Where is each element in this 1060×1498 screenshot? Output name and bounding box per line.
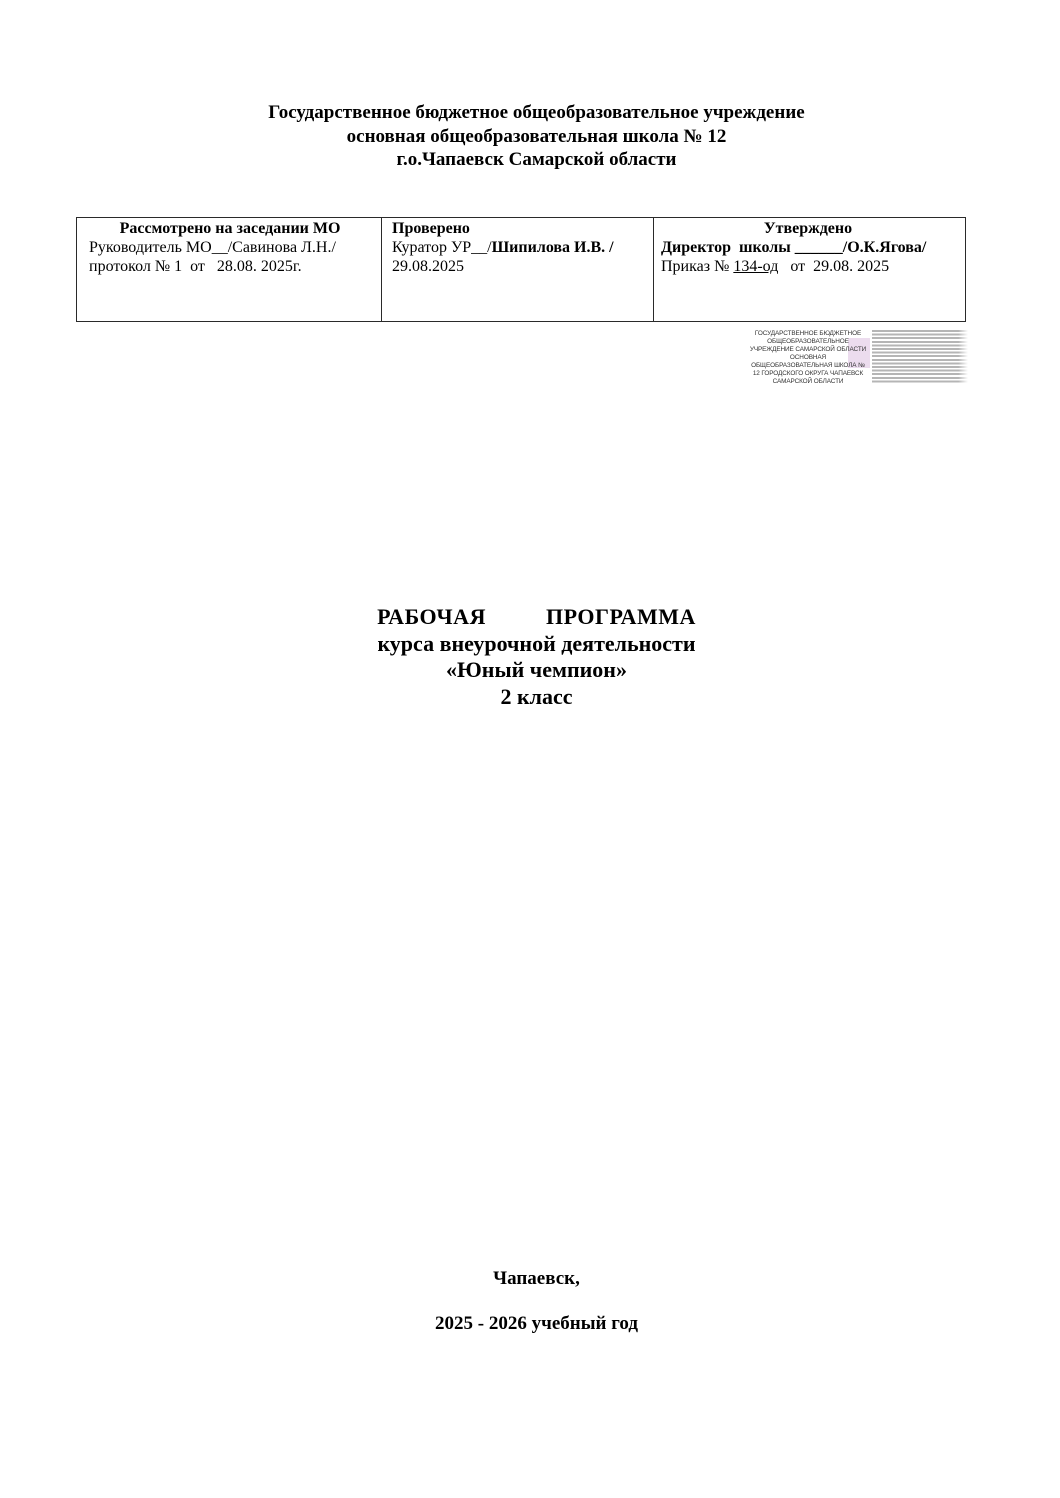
approved-order-number: 134-од <box>733 258 778 275</box>
signature-org-line: ОСНОВНАЯ <box>748 354 868 362</box>
footer-city: Чапаевск, <box>0 1268 1060 1290</box>
checked-cell: Проверено Куратор УР__/Шипилова И.В. / 2… <box>382 218 654 322</box>
checked-date: 29.08.2025 <box>392 257 643 276</box>
header-line-city: г.о.Чапаевск Самарской области <box>0 148 1060 172</box>
signature-org-line: ГОСУДАРСТВЕННОЕ БЮДЖЕТНОЕ <box>748 330 868 338</box>
school-header: Государственное бюджетное общеобразовате… <box>0 101 1060 172</box>
signature-org-line: САМАРСКОЙ ОБЛАСТИ <box>748 378 868 386</box>
title-grade: 2 класс <box>0 684 1060 711</box>
considered-head: Руководитель МО__/Савинова Л.Н./ <box>89 238 371 257</box>
signature-org-line: 12 ГОРОДСКОГО ОКРУГА ЧАПАЕВСК <box>748 370 868 378</box>
checked-heading: Проверено <box>392 219 643 238</box>
considered-cell: Рассмотрено на заседании МО Руководитель… <box>77 218 382 322</box>
footer-academic-year: 2025 - 2026 учебный год <box>0 1313 1060 1335</box>
approved-order-prefix: Приказ № <box>661 258 733 275</box>
considered-protocol: протокол № 1 от 28.08. 2025г. <box>89 257 371 276</box>
digital-signature-stamp: ГОСУДАРСТВЕННОЕ БЮДЖЕТНОЕ ОБЩЕОБРАЗОВАТЕ… <box>748 330 968 386</box>
approval-table: Рассмотрено на заседании МО Руководитель… <box>76 217 966 322</box>
approved-heading: Утверждено <box>661 219 955 238</box>
signature-org-line: УЧРЕЖДЕНИЕ САМАРСКОЙ ОБЛАСТИ <box>748 346 868 354</box>
header-line-school: основная общеобразовательная школа № 12 <box>0 125 1060 149</box>
document-title: РАБОЧАЯ ПРОГРАММА курса внеурочной деяте… <box>0 604 1060 710</box>
title-course-type: курса внеурочной деятельности <box>0 631 1060 658</box>
signature-details-text <box>872 330 968 384</box>
signature-org-line: ОБЩЕОБРАЗОВАТЕЛЬНАЯ ШКОЛА № <box>748 362 868 370</box>
approved-cell: Утверждено Директор школы ______/О.К.Яго… <box>654 218 966 322</box>
title-course-name: «Юный чемпион» <box>0 657 1060 684</box>
header-line-institution: Государственное бюджетное общеобразовате… <box>0 101 1060 125</box>
title-program: РАБОЧАЯ ПРОГРАММА <box>0 604 1060 631</box>
checked-curator-prefix: Куратор УР__/ <box>392 239 492 256</box>
signature-org-line: ОБЩЕОБРАЗОВАТЕЛЬНОЕ <box>748 338 868 346</box>
approved-director: Директор школы ______/О.К.Ягова/ <box>661 238 955 257</box>
signature-organization: ГОСУДАРСТВЕННОЕ БЮДЖЕТНОЕ ОБЩЕОБРАЗОВАТЕ… <box>748 330 868 386</box>
checked-curator-name: Шипилова И.В. / <box>492 239 614 256</box>
considered-heading: Рассмотрено на заседании МО <box>89 219 371 238</box>
approved-order: Приказ № 134-од от 29.08. 2025 <box>661 257 955 276</box>
checked-curator: Куратор УР__/Шипилова И.В. / <box>392 238 643 257</box>
approved-order-date: от 29.08. 2025 <box>778 258 889 275</box>
